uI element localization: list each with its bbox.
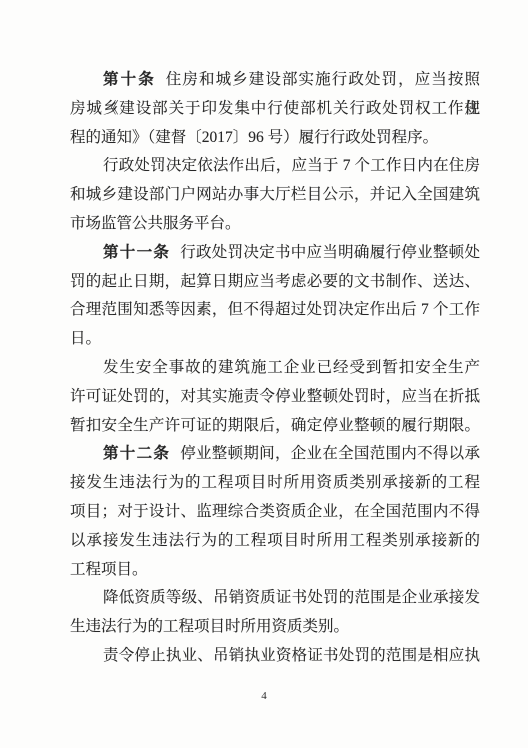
document-page: 第十条住房和城乡建设部实施行政处罚，应当按照《住房城乡建设部关于印发集中行使部机… [0,0,528,748]
text-line: 房城乡建设部关于印发集中行使部机关行政处罚权工作规 [70,95,480,124]
page-footer: 4 [0,686,528,704]
text-line: 第十条住房和城乡建设部实施行政处罚，应当按照《住 [70,66,480,95]
text-line: 接发生违法行为的工程项目时所用资质类别承接新的工程 [70,469,480,498]
text-line: 日。 [70,325,480,354]
text-line: 程的通知》（建督〔2017〕96 号）履行行政处罚程序。 [70,124,480,153]
text-line: 项目；对于设计、监理综合类资质企业，在全国范围内不得 [70,498,480,527]
text-line: 暂扣安全生产许可证的期限后，确定停业整顿的履行期限。 [70,412,480,441]
text-line: 第十一条行政处罚决定书中应当明确履行停业整顿处 [70,239,480,268]
text-line: 和城乡建设部门户网站办事大厅栏目公示，并记入全国建筑 [70,181,480,210]
text-line: 合理范围知悉等因素，但不得超过处罚决定作出后 7 个工作 [70,296,480,325]
line-text: 停业整顿期间，企业在全国范围内不得以承 [180,445,480,462]
text-line: 发生安全事故的建筑施工企业已经受到暂扣安全生产 [70,354,480,383]
document-body: 第十条住房和城乡建设部实施行政处罚，应当按照《住房城乡建设部关于印发集中行使部机… [70,66,480,671]
text-line: 第十二条停业整顿期间，企业在全国范围内不得以承 [70,440,480,469]
text-line: 生违法行为的工程项目时所用资质类别。 [70,613,480,642]
page-number: 4 [261,690,267,702]
text-line: 市场监管公共服务平台。 [70,210,480,239]
text-line: 工程项目。 [70,556,480,585]
text-line: 行政处罚决定依法作出后，应当于 7 个工作日内在住房 [70,152,480,181]
article-number: 第十二条 [103,445,170,462]
article-number: 第十一条 [103,244,170,261]
text-line: 责令停止执业、吊销执业资格证书处罚的范围是相应执 [70,642,480,671]
text-line: 降低资质等级、吊销资质证书处罚的范围是企业承接发 [70,584,480,613]
text-line: 以承接发生违法行为的工程项目时所用工程类别承接新的 [70,527,480,556]
document-lines: 第十条住房和城乡建设部实施行政处罚，应当按照《住房城乡建设部关于印发集中行使部机… [70,66,480,671]
article-number: 第十条 [103,71,156,88]
text-line: 许可证处罚的，对其实施责令停业整顿处罚时，应当在折抵 [70,383,480,412]
line-text: 行政处罚决定书中应当明确履行停业整顿处 [180,244,480,261]
text-line: 罚的起止日期，起算日期应当考虑必要的文书制作、送达、 [70,268,480,297]
